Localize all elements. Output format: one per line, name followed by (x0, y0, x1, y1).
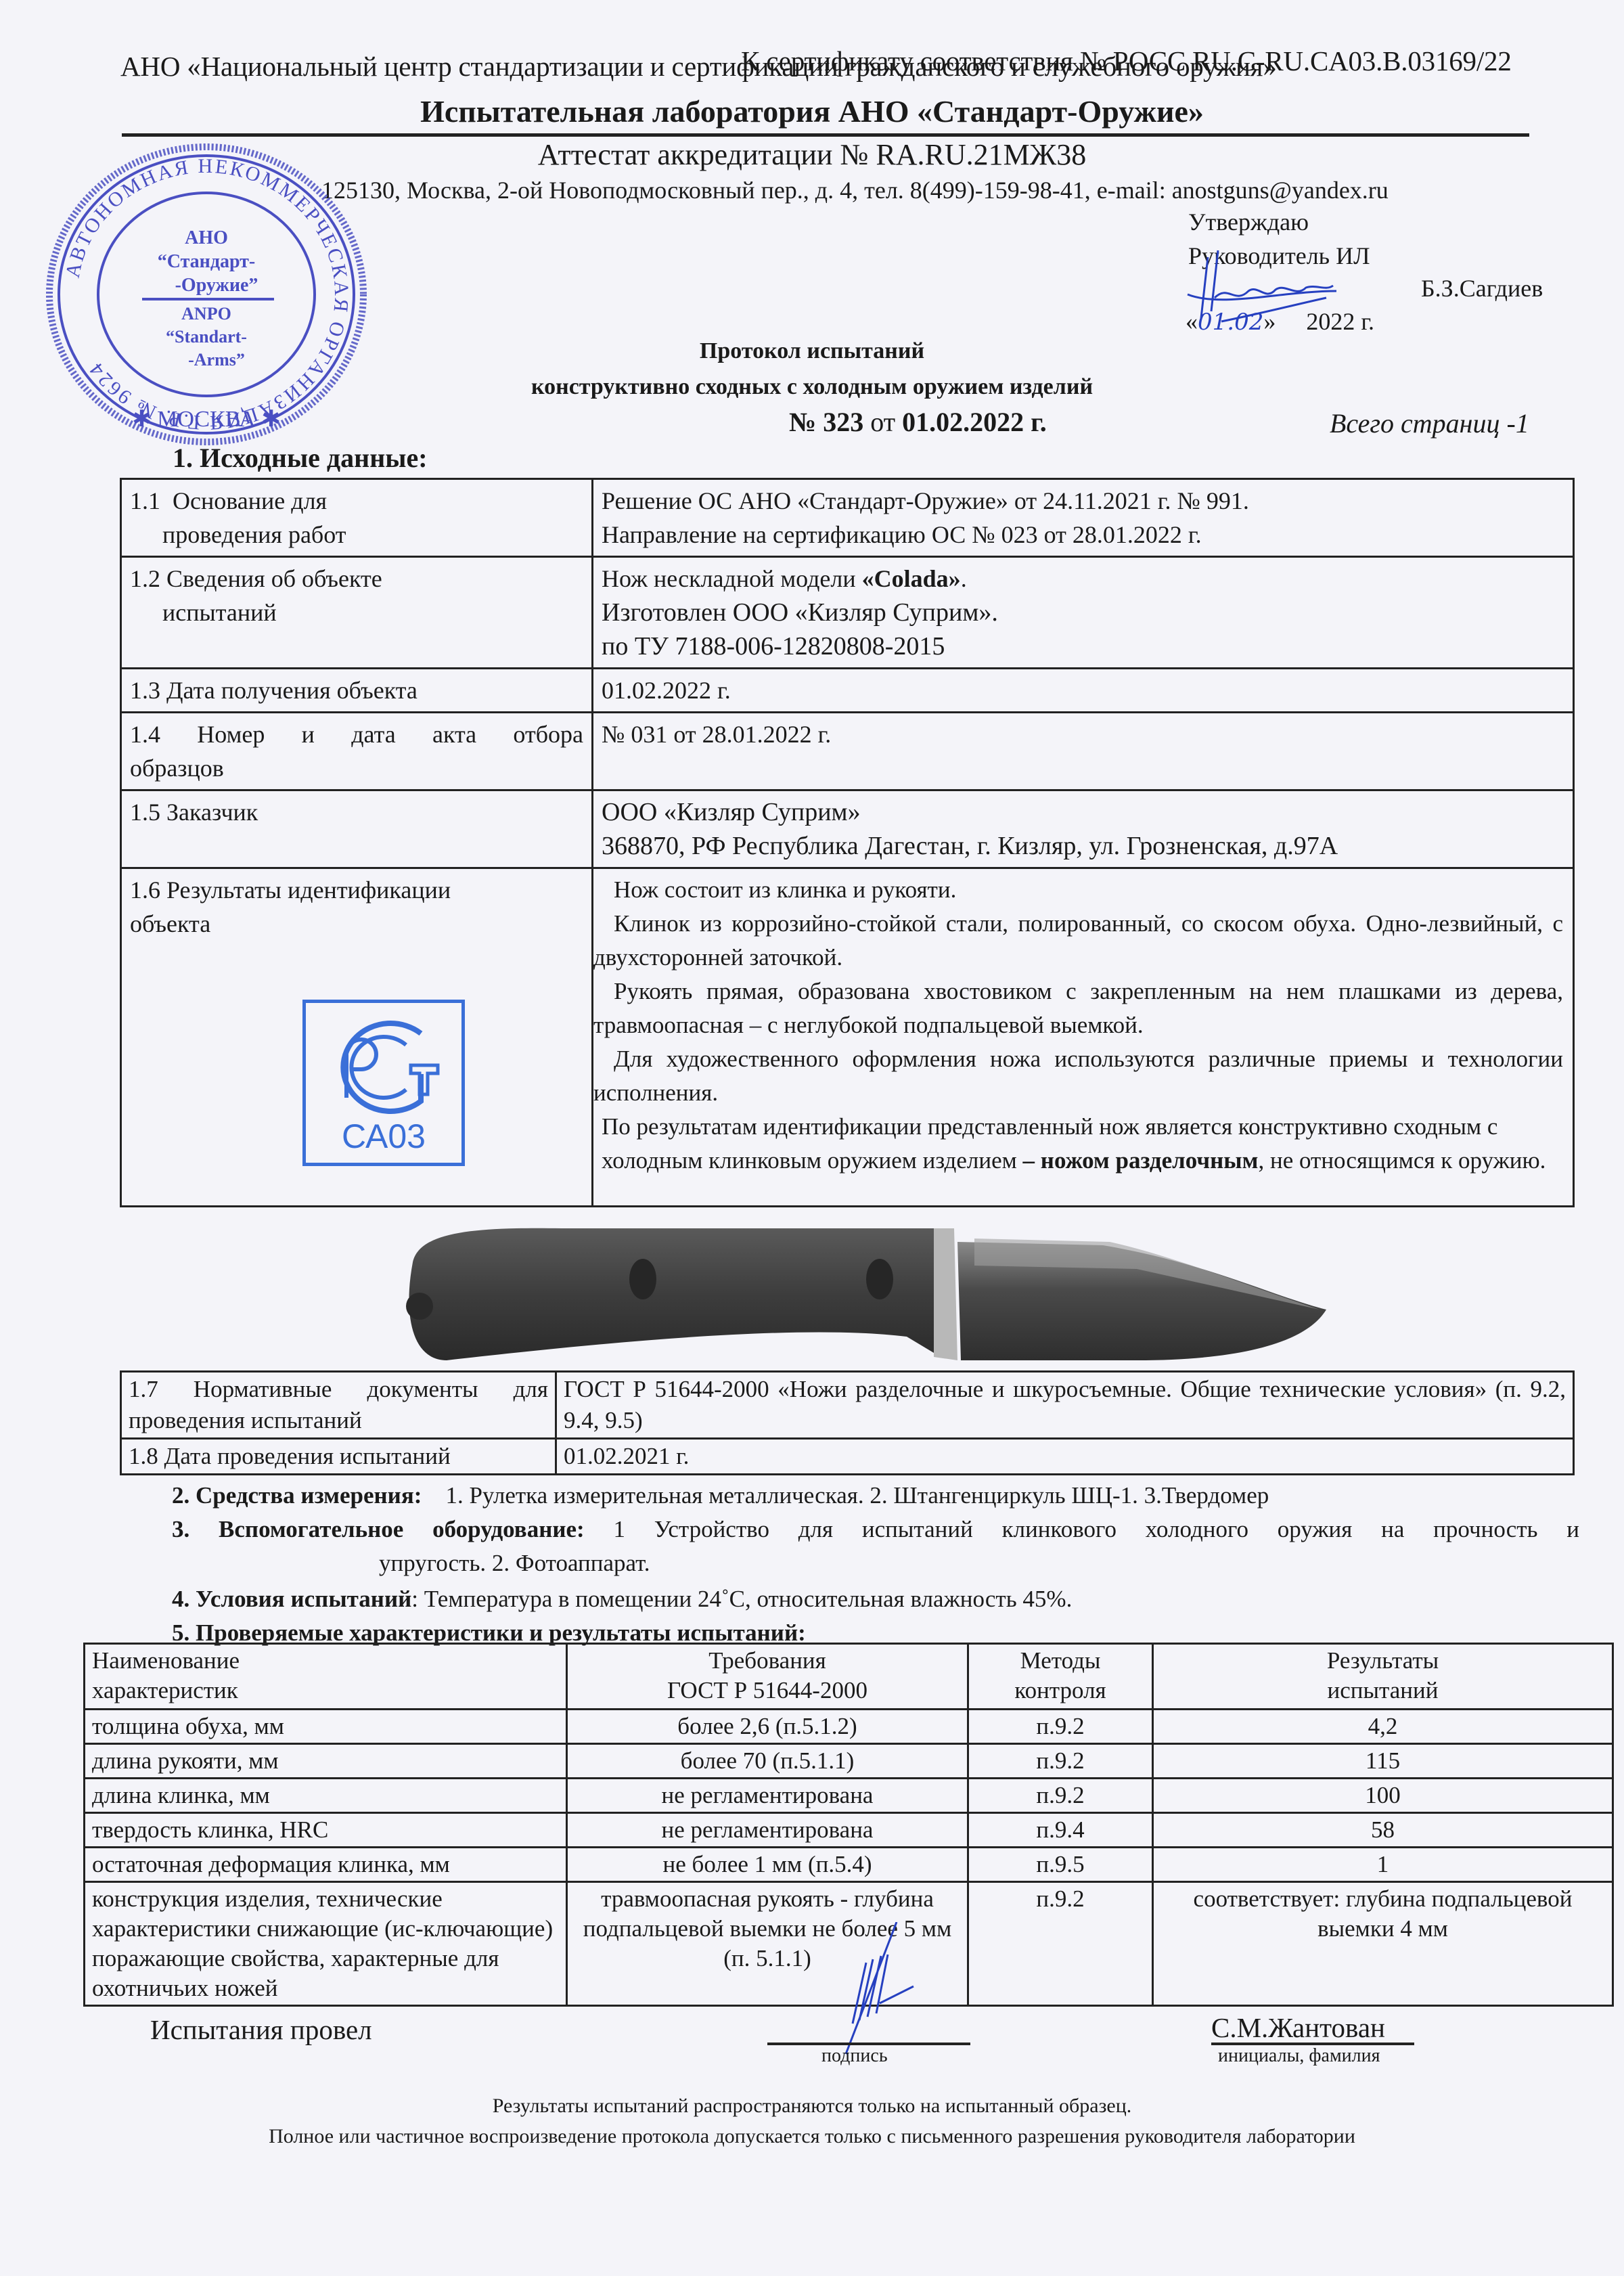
header-line: характеристик (92, 1676, 559, 1705)
section-1-heading: 1. Исходные данные: (173, 442, 428, 474)
knife-photo (392, 1215, 1340, 1367)
basis-direction: Направление на сертификацию ОС № 023 от … (602, 518, 1564, 552)
table-row: толщина обуха, ммболее 2,6 (п.5.1.2)п.9.… (85, 1710, 1613, 1744)
column-header-methods: Методыконтроля (968, 1644, 1153, 1710)
row-value: ООО «Кизляр Суприм» 368870, РФ Республик… (593, 790, 1574, 868)
row-number: 1.1 (130, 487, 160, 514)
method-cell: п.9.2 (968, 1744, 1153, 1779)
svg-text:-Оружие”: -Оружие” (175, 275, 258, 296)
tester-signature-icon (832, 1922, 927, 2057)
protocol-no: № 323 (789, 407, 863, 437)
protocol-date: 01.02.2022 г. (902, 407, 1047, 437)
footer-scope-note: Результаты испытаний распространяются то… (0, 2095, 1624, 2118)
section-2-heading: 2. Средства измерения: (172, 1482, 422, 1509)
manufacturer: Изготовлен ООО «Кизляр Суприм». (602, 596, 1564, 629)
table-row: остаточная деформация клинка, ммне более… (85, 1848, 1613, 1882)
identification-paragraph: Нож состоит из клинка и рукояти. (593, 873, 1563, 907)
measuring-instruments: 2. Средства измерения: 1. Рулетка измери… (172, 1482, 1269, 1509)
method-cell: п.9.2 (968, 1779, 1153, 1813)
identification-paragraph: Рукоять прямая, образована хвостовиком с… (593, 975, 1563, 1042)
conclusion-classification: – ножом разделочным (1023, 1147, 1259, 1174)
test-conditions: 4. Условия испытаний: Температура в поме… (172, 1586, 1072, 1613)
conclusion-text-end: , не относящимся к оружию. (1258, 1147, 1546, 1174)
identification-paragraph: Клинок из коррозийно-стойкой стали, поли… (593, 907, 1563, 975)
table-row: 1.4 Номер и дата акта отбора образцов № … (121, 713, 1574, 790)
requirement-cell: более 2,6 (п.5.1.2) (567, 1710, 968, 1744)
basis-decision: Решение ОС АНО «Стандарт-Оружие» от 24.1… (602, 484, 1564, 518)
characteristic-cell: твердость клинка, HRC (85, 1813, 567, 1848)
row-label-text: 1.6 Результаты идентификации (130, 873, 583, 907)
table-row: 1.8 Дата проведения испытаний 01.02.2021… (121, 1439, 1574, 1475)
approver-signature-icon (1181, 244, 1343, 332)
sampling-act: № 031 от 28.01.2022 г. (593, 713, 1574, 790)
table-row: 1.3 Дата получения объекта 01.02.2022 г. (121, 669, 1574, 713)
table-row: 1.7 Нормативные документы для проведения… (121, 1372, 1574, 1439)
receipt-date: 01.02.2022 г. (593, 669, 1574, 713)
column-header-results: Результатыиспытаний (1153, 1644, 1613, 1710)
requirement-cell: не регламентирована (567, 1813, 968, 1848)
table-header-row: Наименованиехарактеристик ТребованияГОСТ… (85, 1644, 1613, 1710)
section-2-text: 1. Рулетка измерительная металлическая. … (445, 1482, 1269, 1509)
organization-seal-stamp: АВТОНОМНАЯ НЕКОММЕРЧЕСКАЯ ОРГАНИЗАЦИЯ Г.… (41, 142, 372, 447)
result-cell: 100 (1153, 1779, 1613, 1813)
requirement-cell: не более 1 мм (п.5.4) (567, 1848, 968, 1882)
lab-address-contacts: 125130, Москва, 2-ой Новоподмосковный пе… (321, 176, 1389, 204)
svg-text:ANPO: ANPO (181, 304, 231, 323)
characteristic-cell: толщина обуха, мм (85, 1710, 567, 1744)
row-label-text: Сведения об объекте (166, 565, 382, 592)
header-line: Наименование (92, 1646, 559, 1676)
header-line: Результаты (1160, 1646, 1605, 1676)
column-header-characteristic: Наименованиехарактеристик (85, 1644, 567, 1710)
rst-logo-icon (319, 1017, 448, 1118)
seal-city: ✱ МОСКВА ✱ (132, 407, 281, 432)
row-label-text-2: образцов (130, 751, 583, 785)
header-line: Требования (574, 1646, 960, 1676)
row-label: 1.3 Дата получения объекта (121, 669, 593, 713)
header-line: Методы (976, 1646, 1145, 1676)
characteristic-cell: остаточная деформация клинка, мм (85, 1848, 567, 1882)
table-row: длина клинка, ммне регламентированап.9.2… (85, 1779, 1613, 1813)
identification-conclusion: По результатам идентификации представлен… (593, 1110, 1563, 1178)
approver-name: Б.З.Сагдиев (1421, 274, 1543, 303)
auxiliary-equipment: 3. Вспомогательное оборудование: 1 Устро… (172, 1516, 1579, 1543)
row-label: 1.4 Номер и дата акта отбора образцов (121, 713, 593, 790)
test-date: 01.02.2021 г. (556, 1439, 1574, 1475)
result-cell: 58 (1153, 1813, 1613, 1848)
header-line: ГОСТ Р 51644-2000 (574, 1676, 960, 1705)
normative-docs-table: 1.7 Нормативные документы для проведения… (120, 1370, 1575, 1475)
footer-reproduction-note: Полное или частичное воспроизведение про… (0, 2125, 1624, 2148)
svg-text:“Стандарт-: “Стандарт- (158, 251, 256, 272)
result-cell: 115 (1153, 1744, 1613, 1779)
row-label-text: Основание для (173, 487, 327, 514)
model-suffix: . (961, 565, 967, 592)
header-divider (122, 133, 1529, 137)
approval-caption: Утверждаю (1188, 208, 1309, 236)
model-name: «Colada» (862, 565, 961, 592)
method-cell: п.9.2 (968, 1882, 1153, 2006)
method-cell: п.9.4 (968, 1813, 1153, 1848)
row-label-text-2: испытаний (130, 596, 583, 629)
characteristic-cell: конструкция изделия, технические характе… (85, 1882, 567, 2006)
column-header-requirements: ТребованияГОСТ Р 51644-2000 (567, 1644, 968, 1710)
characteristic-cell: длина рукояти, мм (85, 1744, 567, 1779)
table-row: твердость клинка, HRCне регламентирована… (85, 1813, 1613, 1848)
identification-results: Нож состоит из клинка и рукояти. Клинок … (593, 868, 1574, 1207)
certification-body-code: СА03 (306, 1117, 461, 1156)
total-pages: Всего страниц -1 (1330, 407, 1529, 439)
conducted-by-label: Испытания провел (150, 2013, 372, 2046)
object-model: Нож нескладной модели «Colada». (602, 562, 1564, 596)
result-cell: соответствует: глубина подпальцевой выем… (1153, 1882, 1613, 2006)
table-row: 1.1 Основание для проведения работ Решен… (121, 479, 1574, 557)
row-label: 1.8 Дата проведения испытаний (121, 1439, 556, 1475)
method-cell: п.9.5 (968, 1848, 1153, 1882)
protocol-from: от (863, 407, 902, 437)
row-value: Решение ОС АНО «Стандарт-Оружие» от 24.1… (593, 479, 1574, 557)
requirement-cell: не регламентирована (567, 1779, 968, 1813)
characteristic-cell: длина клинка, мм (85, 1779, 567, 1813)
row-value: Нож нескладной модели «Colada». Изготовл… (593, 557, 1574, 669)
customer-name: ООО «Кизляр Суприм» (602, 795, 1564, 829)
section-3-text: 1 Устройство для испытаний клинкового хо… (614, 1516, 1580, 1542)
table-row: длина рукояти, ммболее 70 (п.5.1.1)п.9.2… (85, 1744, 1613, 1779)
model-prefix: Нож нескладной модели (602, 565, 862, 592)
technical-spec: по ТУ 7188-006-12820808-2015 (602, 629, 1564, 663)
header-line: испытаний (1160, 1676, 1605, 1705)
customer-address: 368870, РФ Республика Дагестан, г. Кизля… (602, 829, 1564, 863)
row-label-text-2: объекта (130, 907, 583, 941)
name-caption: инициалы, фамилия (1218, 2045, 1380, 2067)
row-label: 1.2 Сведения об объекте испытаний (121, 557, 593, 669)
section-4-heading: 4. Условия испытаний (172, 1586, 411, 1612)
protocol-subtitle: конструктивно сходных с холодным оружием… (0, 374, 1624, 400)
signature-caption: подпись (821, 2045, 888, 2067)
tester-name: С.М.Жантован (1211, 2011, 1385, 2044)
table-row: 1.5 Заказчик ООО «Кизляр Суприм» 368870,… (121, 790, 1574, 868)
section-4-text: : Температура в помещении 24˚С, относите… (411, 1586, 1072, 1612)
certificate-reference: К сертификату соответствия № РОСС RU.C-R… (741, 45, 1512, 77)
row-label: 1.7 Нормативные документы для проведения… (121, 1372, 556, 1439)
identification-paragraph: Для художественного оформления ножа испо… (593, 1042, 1563, 1110)
row-label: 1.5 Заказчик (121, 790, 593, 868)
row-number: 1.2 (130, 565, 160, 592)
row-label: 1.1 Основание для проведения работ (121, 479, 593, 557)
svg-text:АНО: АНО (185, 227, 228, 248)
result-cell: 1 (1153, 1848, 1613, 1882)
method-cell: п.9.2 (968, 1710, 1153, 1744)
section-3-heading: 3. Вспомогательное оборудование: (172, 1516, 585, 1542)
requirement-cell: более 70 (п.5.1.1) (567, 1744, 968, 1779)
table-row: 1.2 Сведения об объекте испытаний Нож не… (121, 557, 1574, 669)
normative-document: ГОСТ Р 51644-2000 «Ножи разделочные и шк… (556, 1372, 1574, 1439)
row-label-text: 1.4 Номер и дата акта отбора (130, 717, 583, 751)
laboratory-name: Испытательная лаборатория АНО «Стандарт-… (0, 93, 1624, 129)
protocol-number: № 323 от 01.02.2022 г. (789, 406, 1047, 438)
row-label-text-2: проведения работ (130, 518, 583, 552)
conformity-mark-stamp: СА03 (302, 1000, 465, 1166)
header-line: контроля (976, 1676, 1145, 1705)
section-3-text-continued: упругость. 2. Фотоаппарат. (379, 1550, 650, 1577)
result-cell: 4,2 (1153, 1710, 1613, 1744)
protocol-title: Протокол испытаний (0, 338, 1624, 364)
